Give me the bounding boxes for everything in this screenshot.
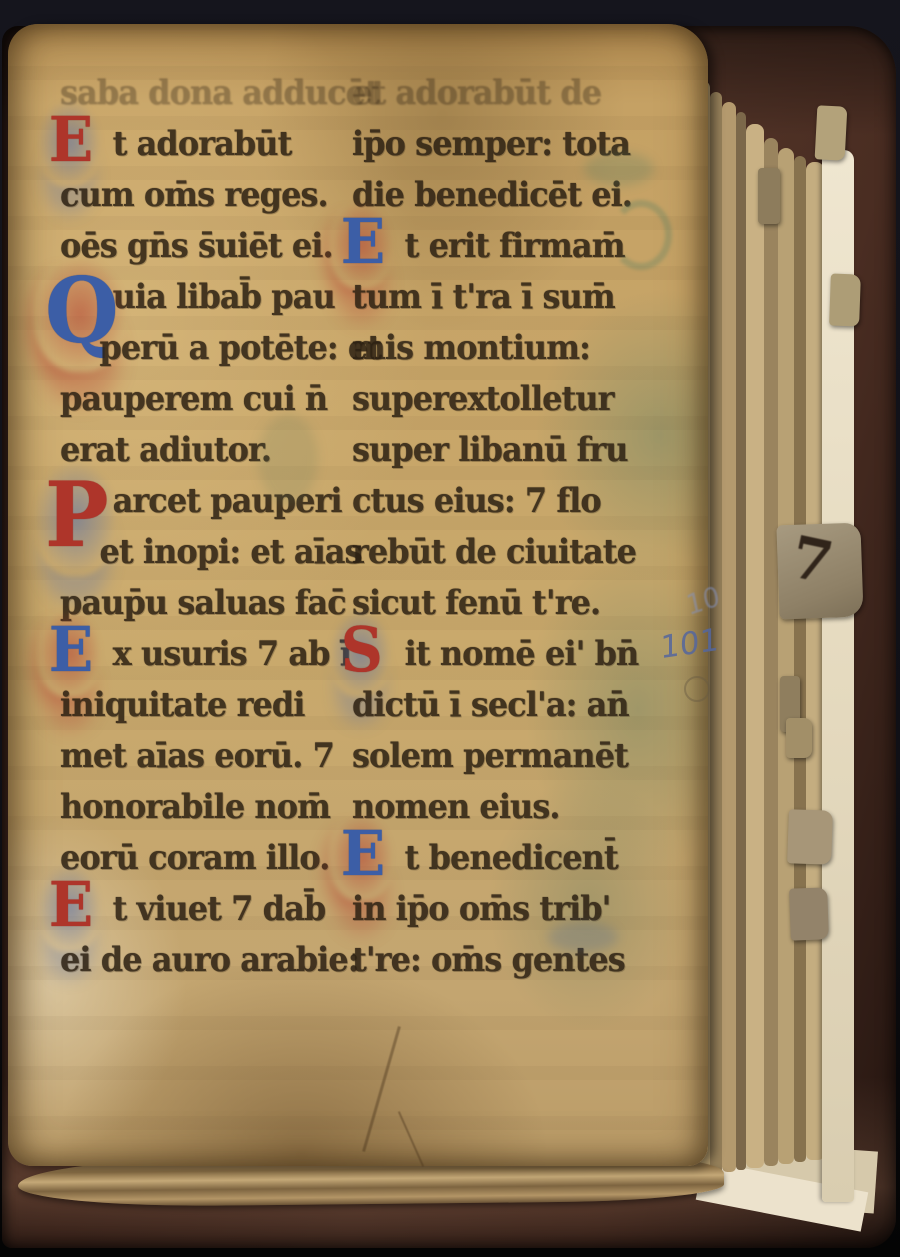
green-stain bbox=[584, 152, 654, 186]
manuscript-text-line: cum om̄s reges. bbox=[60, 170, 334, 221]
index-tab bbox=[787, 809, 833, 865]
manuscript-text-line: mis montium: bbox=[352, 323, 626, 374]
manuscript-text-line: saba dona adducēt bbox=[60, 68, 334, 119]
manuscript-text-line: iniquitate redi bbox=[60, 680, 334, 731]
line-text: honorabile nom̄ bbox=[60, 787, 330, 827]
illuminated-initial: E bbox=[49, 111, 92, 169]
line-text: mis montium: bbox=[352, 328, 590, 368]
line-text: t adorabūt bbox=[113, 124, 292, 164]
page-edge-strip bbox=[746, 124, 764, 1168]
illuminated-initial: E bbox=[341, 213, 384, 271]
parchment-crease bbox=[362, 1026, 401, 1152]
page-edge-strip bbox=[778, 148, 794, 1164]
manuscript-text-line: super libanū fru bbox=[352, 425, 626, 476]
green-stain bbox=[258, 414, 318, 504]
line-text: paup̄u saluas fac̄ bbox=[60, 583, 346, 623]
illuminated-initial: E bbox=[49, 621, 92, 679]
line-text: t erit firmam̄ bbox=[405, 226, 625, 266]
line-text: eorū coram illo. bbox=[60, 838, 329, 878]
manuscript-text-line: nomen eius. bbox=[352, 782, 626, 833]
manuscript-text-line: Et erit firmam̄ bbox=[352, 221, 626, 272]
line-text: pauperem cui n̄ bbox=[60, 379, 327, 419]
line-text: ctus eius: 7 flo bbox=[352, 481, 601, 521]
manuscript-text-line: Sit nomē ei' bn̄ bbox=[352, 629, 626, 680]
manuscript-text-line: ei de auro arabie: bbox=[60, 935, 334, 986]
index-tab bbox=[789, 887, 829, 940]
line-text: it nomē ei' bn̄ bbox=[405, 634, 639, 674]
index-tab bbox=[758, 168, 780, 224]
manuscript-text-line: superextolletur bbox=[352, 374, 626, 425]
line-text: tum ī t'ra ī sum̄ bbox=[352, 277, 615, 317]
tab-number-mark: 7 bbox=[785, 523, 839, 598]
line-text: iniquitate redi bbox=[60, 685, 305, 725]
line-text: t benedicent̄ bbox=[405, 838, 618, 878]
manuscript-text-line: et adorabūt de bbox=[352, 68, 626, 119]
manuscript-text-line: eorū coram illo. bbox=[60, 833, 334, 884]
manuscript-photo: saba dona adducētEt adorabūtcum om̄s reg… bbox=[0, 0, 900, 1257]
line-text: t viuet 7 dab̄ bbox=[113, 889, 326, 929]
manuscript-text-line: honorabile nom̄ bbox=[60, 782, 334, 833]
line-text: x usuris 7 ab ī bbox=[113, 634, 351, 674]
blue-smudge bbox=[548, 922, 618, 952]
parchment-page: saba dona adducētEt adorabūtcum om̄s reg… bbox=[8, 24, 708, 1166]
manuscript-text-line: Quia libab̄ pau bbox=[60, 272, 334, 323]
line-text: et adorabūt de bbox=[352, 73, 601, 113]
ink-offset-ghost bbox=[610, 200, 672, 270]
margin-ring-mark bbox=[684, 676, 710, 702]
manuscript-text-line: et inopi: et aīas bbox=[60, 527, 334, 578]
parchment-crease bbox=[398, 1111, 424, 1167]
index-tab bbox=[815, 105, 848, 160]
manuscript-text-line: perū a potēte: et bbox=[60, 323, 334, 374]
manuscript-text-line: rebūt de ciuitate bbox=[352, 527, 626, 578]
line-text: superextolletur bbox=[352, 379, 614, 419]
line-text: solem permanēt bbox=[352, 736, 628, 776]
line-text: ei de auro arabie: bbox=[60, 940, 359, 980]
line-text: die benedicēt ei. bbox=[352, 175, 632, 215]
index-tab-numbered: 7 bbox=[776, 523, 863, 620]
page-edge-strip bbox=[794, 156, 806, 1162]
line-text: met aīas eorū. 7 bbox=[60, 736, 334, 776]
manuscript-text-line: Et benedicent̄ bbox=[352, 833, 626, 884]
illuminated-initial: E bbox=[49, 876, 92, 934]
line-text: uia libab̄ pau bbox=[113, 277, 335, 317]
manuscript-text-line: tum ī t'ra ī sum̄ bbox=[352, 272, 626, 323]
line-text: dictū ī secl'a: an̄ bbox=[352, 685, 629, 725]
manuscript-text-line: met aīas eorū. 7 bbox=[60, 731, 334, 782]
line-text: perū a potēte: et bbox=[99, 328, 381, 368]
text-column-right: et adorabūt deip̄o semper: totadie bened… bbox=[352, 68, 644, 986]
manuscript-text-line: dictū ī secl'a: an̄ bbox=[352, 680, 626, 731]
manuscript-text-line: Et adorabūt bbox=[60, 119, 334, 170]
manuscript-text-line: die benedicēt ei. bbox=[352, 170, 626, 221]
manuscript-text-line: ctus eius: 7 flo bbox=[352, 476, 626, 527]
illuminated-initial: E bbox=[341, 825, 384, 883]
manuscript-text-line: Et viuet 7 dab̄ bbox=[60, 884, 334, 935]
manuscript-text-line: solem permanēt bbox=[352, 731, 626, 782]
index-tab bbox=[786, 718, 812, 758]
line-text: super libanū fru bbox=[352, 430, 628, 470]
page-edge-strip bbox=[764, 138, 778, 1166]
line-text: rebūt de ciuitate bbox=[352, 532, 636, 572]
text-column-left: saba dona adducētEt adorabūtcum om̄s reg… bbox=[60, 68, 352, 986]
page-edge-strip bbox=[722, 102, 736, 1172]
line-text: ip̄o semper: tota bbox=[352, 124, 630, 164]
line-text: saba dona adducēt bbox=[60, 73, 379, 113]
manuscript-text-line: paup̄u saluas fac̄ bbox=[60, 578, 334, 629]
index-tab bbox=[829, 273, 861, 326]
line-text: sicut fenū t're. bbox=[352, 583, 600, 623]
line-text: cum om̄s reges. bbox=[60, 175, 328, 215]
manuscript-text-line: Ex usuris 7 ab ī bbox=[60, 629, 334, 680]
manuscript-text-line: sicut fenū t're. bbox=[352, 578, 626, 629]
page-edge-strip bbox=[736, 112, 746, 1170]
line-text: et inopi: et aīas bbox=[99, 532, 361, 572]
illuminated-initial: S bbox=[341, 621, 382, 679]
